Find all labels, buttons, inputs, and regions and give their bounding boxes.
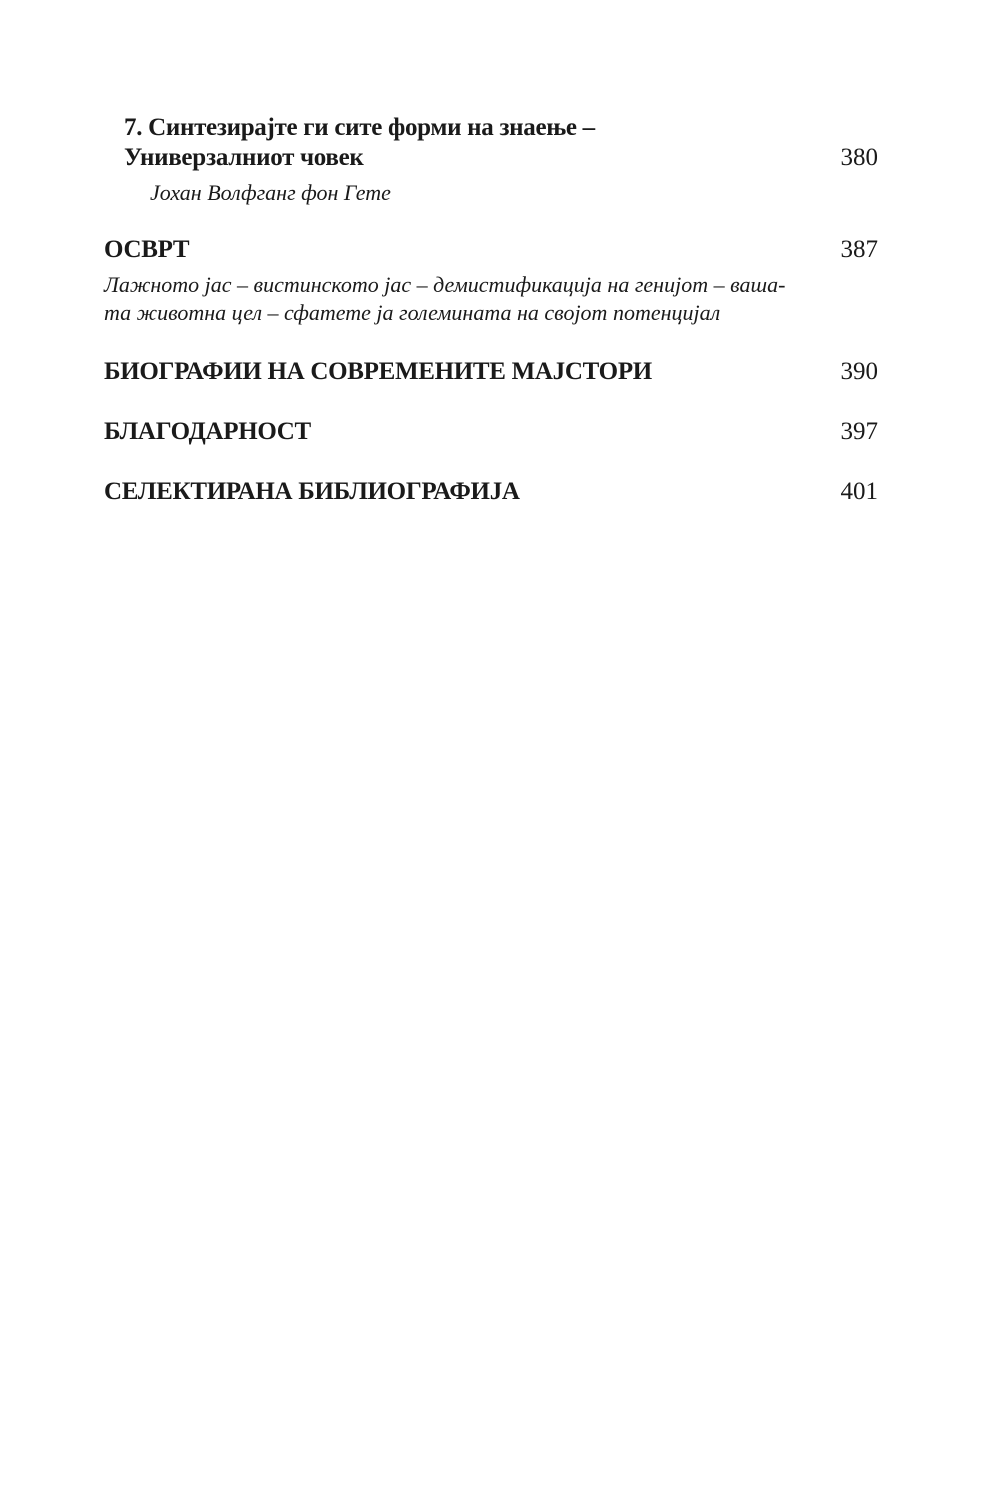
- bibliografija-page-number: 401: [841, 478, 879, 506]
- toc-entry-biografii: БИОГРАФИИ НА СОВРЕМЕНИТЕ МАЈСТОРИ 390: [104, 358, 878, 390]
- blagodarnost-page-number: 397: [841, 418, 879, 446]
- osvrt-title: ОСВРТ: [104, 236, 189, 264]
- chapter-7-subtitle: Јохан Волфганг фон Гете: [150, 180, 391, 206]
- chapter-7-title-line-2: Универзалниот човек: [124, 144, 364, 172]
- biografii-page-number: 390: [841, 358, 879, 386]
- osvrt-page-number: 387: [841, 236, 879, 264]
- toc-entry-chapter-7: 7. Синтезирајте ги сите форми на знаење …: [104, 114, 878, 214]
- chapter-7-page-number: 380: [841, 144, 879, 172]
- toc-entry-blagodarnost: БЛАГОДАРНОСТ 397: [104, 418, 878, 450]
- blagodarnost-title: БЛАГОДАРНОСТ: [104, 418, 311, 446]
- bibliografija-title: СЕЛЕКТИРАНА БИБЛИОГРАФИЈА: [104, 478, 520, 506]
- toc-page: 7. Синтезирајте ги сите форми на знаење …: [0, 0, 984, 1504]
- toc-entry-osvrt: ОСВРТ 387 Лажното јас – вистинското јас …: [104, 236, 878, 336]
- osvrt-description-line-2: та животна цел – сфатете ја големината н…: [104, 300, 720, 326]
- osvrt-description-line-1: Лажното јас – вистинското јас – демистиф…: [104, 272, 785, 298]
- toc-entry-bibliografija: СЕЛЕКТИРАНА БИБЛИОГРАФИЈА 401: [104, 478, 878, 510]
- chapter-7-title-line-1: 7. Синтезирајте ги сите форми на знаење …: [124, 114, 595, 142]
- biografii-title: БИОГРАФИИ НА СОВРЕМЕНИТЕ МАЈСТОРИ: [104, 358, 652, 386]
